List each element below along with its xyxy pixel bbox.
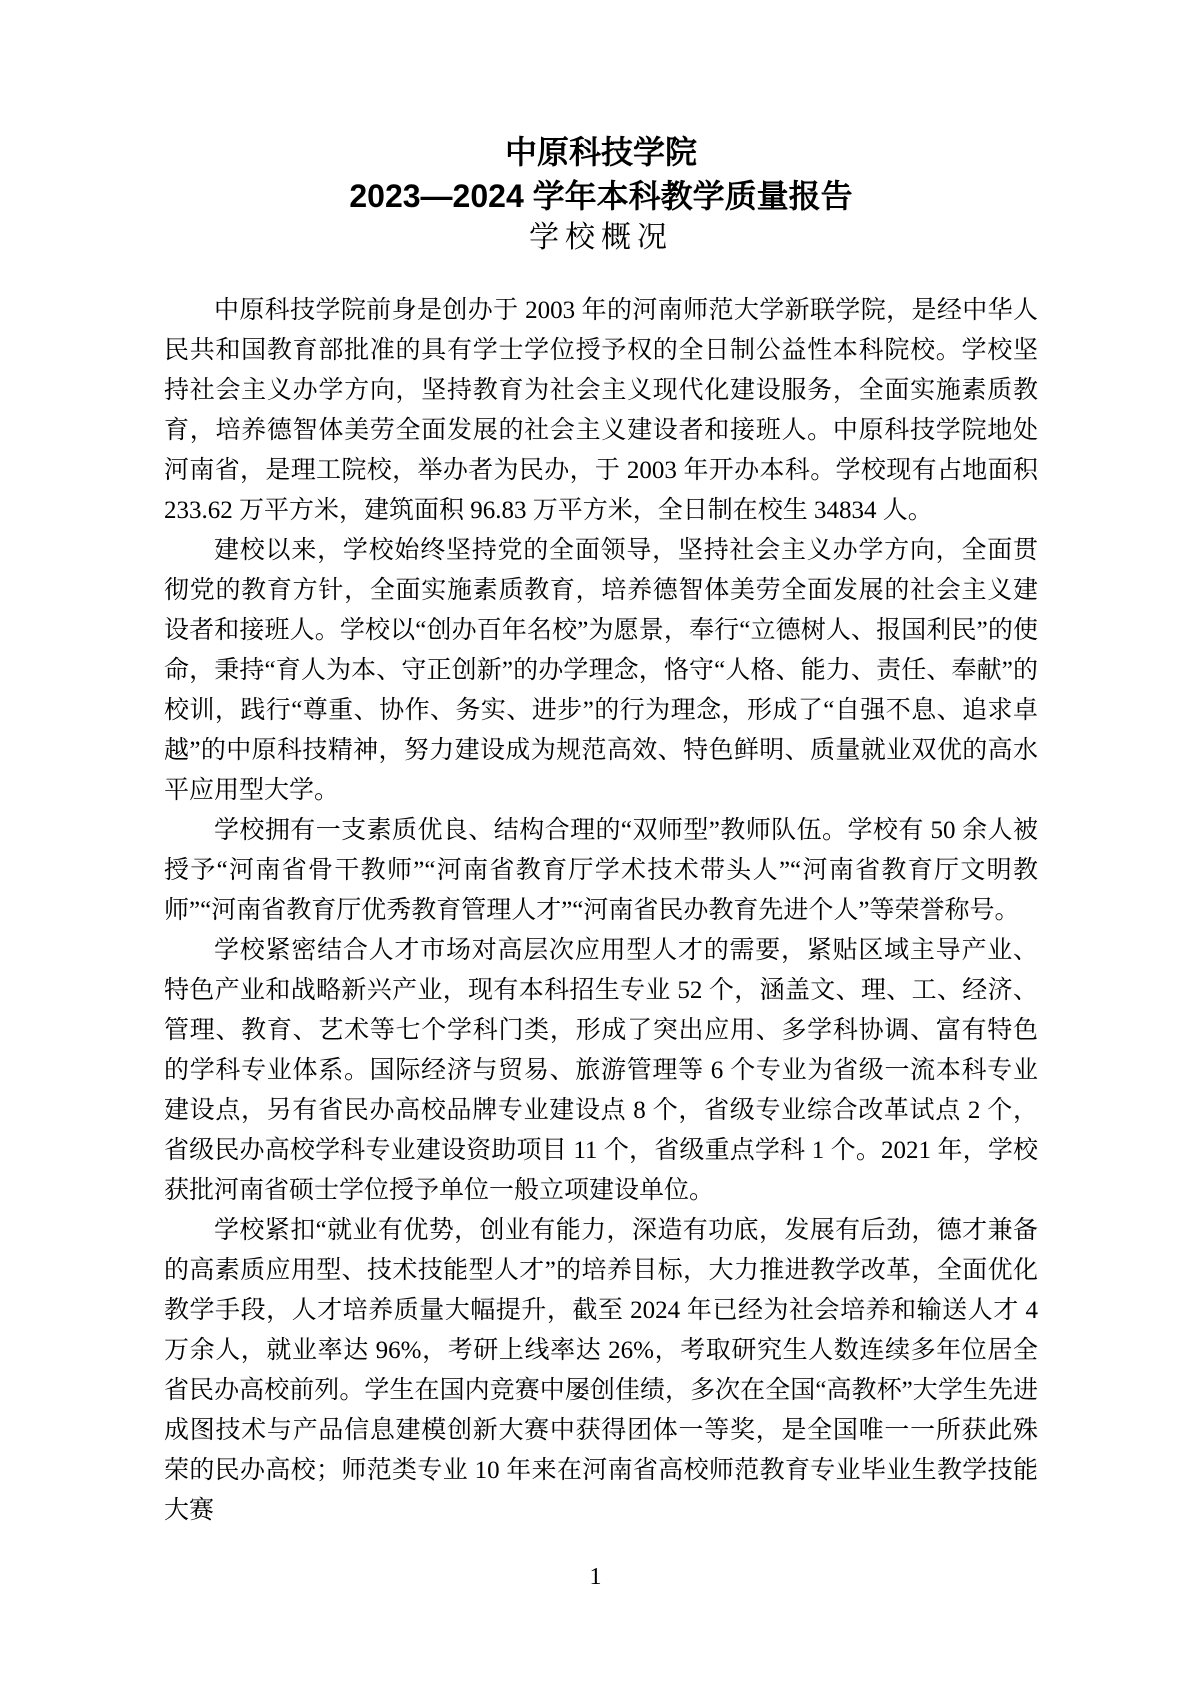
document-title-line1: 中原科技学院 [164, 130, 1038, 174]
document-title: 中原科技学院 2023—2024 学年本科教学质量报告 [164, 130, 1038, 218]
page-footer: 1 [0, 1560, 1191, 1594]
document-page: 中原科技学院 2023—2024 学年本科教学质量报告 学校概况 中原科技学院前… [0, 0, 1191, 1684]
document-title-line2: 2023—2024 学年本科教学质量报告 [164, 174, 1038, 218]
page-number: 1 [590, 1564, 602, 1590]
section-heading: 学校概况 [164, 220, 1038, 256]
paragraph-faculty: 学校拥有一支素质优良、结构合理的“双师型”教师队伍。学校有 50 余人被授予“河… [164, 811, 1038, 931]
paragraph-school-origin: 中原科技学院前身是创办于 2003 年的河南师范大学新联学院，是经中华人民共和国… [164, 291, 1038, 531]
paragraph-school-mission: 建校以来，学校始终坚持党的全面领导，坚持社会主义办学方向，全面贯彻党的教育方针，… [164, 531, 1038, 811]
document-body: 中原科技学院前身是创办于 2003 年的河南师范大学新联学院，是经中华人民共和国… [164, 291, 1038, 1531]
paragraph-training-quality: 学校紧扣“就业有优势，创业有能力，深造有功底，发展有后劲，德才兼备的高素质应用型… [164, 1211, 1038, 1531]
paragraph-majors: 学校紧密结合人才市场对高层次应用型人才的需要，紧贴区域主导产业、特色产业和战略新… [164, 931, 1038, 1211]
